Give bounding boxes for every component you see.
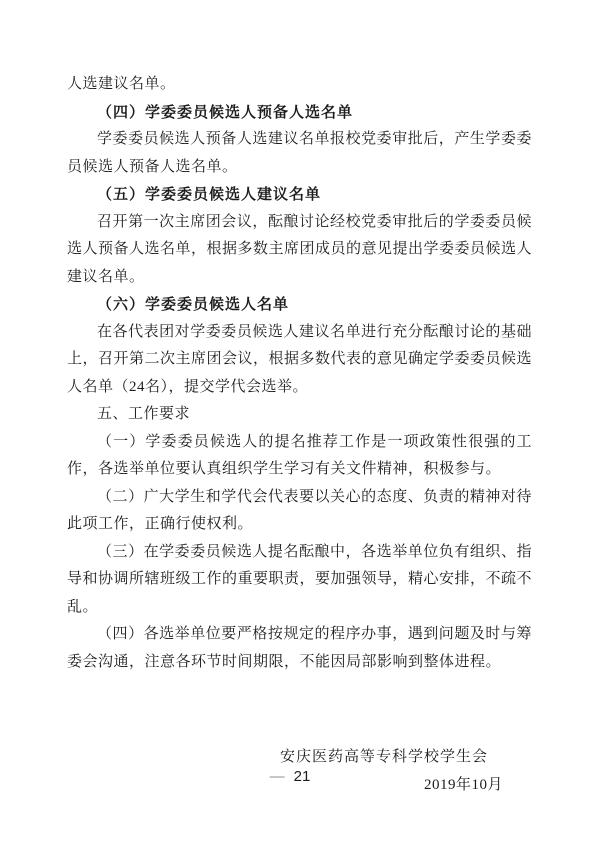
paragraph: （二）广大学生和学代会代表要以关心的态度、负责的精神对待此项工作，正确行使权利。 [67, 484, 532, 539]
section-heading-4: （四）学委委员候选人预备人选名单 [67, 99, 532, 127]
paragraph: 学委委员候选人预备人选建议名单报校党委审批后，产生学委委员候选人预备人选名单。 [67, 126, 532, 181]
paragraph: （一）学委委员候选人的提名推荐工作是一项政策性很强的工作，各选举单位要认真组织学… [67, 429, 532, 484]
page-number: 21 [294, 768, 311, 785]
paragraph: （三）在学委委员候选人提名酝酿中，各选举单位负有组织、指导和协调所辖班级工作的重… [67, 539, 532, 622]
section-title-5: 五、工作要求 [67, 401, 532, 429]
paragraph-continuation: 人选建议名单。 [67, 71, 532, 99]
document-body: 人选建议名单。（四）学委委员候选人预备人选名单学委委员候选人预备人选建议名单报校… [67, 71, 532, 799]
paragraph: 召开第一次主席团会议，酝酿讨论经校党委审批后的学委委员候选人预备人选名单，根据多… [67, 209, 532, 292]
section-heading-5: （五）学委委员候选人建议名单 [67, 181, 532, 209]
page-footer: —21 [0, 766, 590, 788]
paragraph: （四）各选举单位要严格按规定的程序办事，遇到问题及时与筹委会沟通，注意各环节时间… [67, 621, 532, 676]
section-heading-6: （六）学委委员候选人名单 [67, 291, 532, 319]
document-page: 人选建议名单。（四）学委委员候选人预备人选名单学委委员候选人预备人选建议名单报校… [0, 0, 600, 848]
footer-dash: — [270, 768, 285, 785]
paragraph: 在各代表团对学委委员候选人建议名单进行充分酝酿讨论的基础上，召开第二次主席团会议… [67, 319, 532, 402]
